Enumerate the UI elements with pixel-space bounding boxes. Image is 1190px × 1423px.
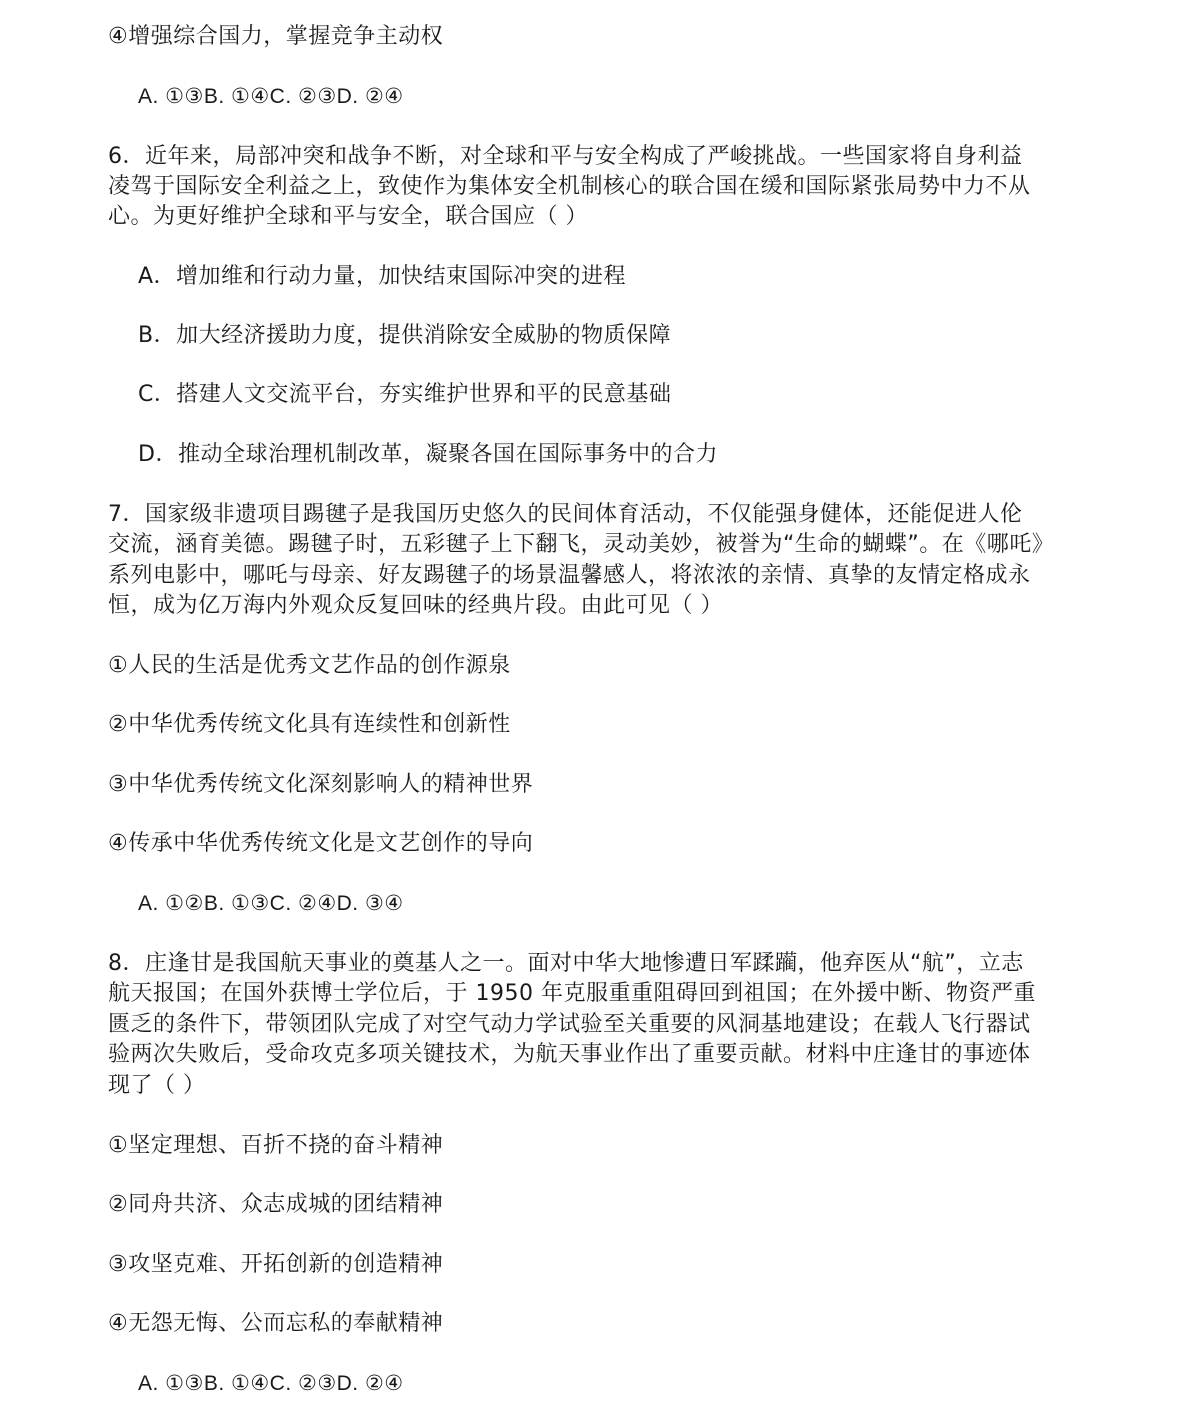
q7-stem-line: 交流，涵育美德。踢毽子时，五彩毽子上下翻飞，灵动美妙，被誉为“生命的蝴蝶”。在《… xyxy=(108,530,1054,560)
q6-stem-line: 心。为更好维护全球和平与安全，联合国应（ ） xyxy=(108,202,588,232)
q6-stem-line: 凌驾于国际安全利益之上，致使作为集体安全机制核心的联合国在缓和国际紧张局势中力不… xyxy=(108,172,1031,202)
q7-stem-line: 恒，成为亿万海内外观众反复回味的经典片段。由此可见（ ） xyxy=(108,591,723,621)
q8-statement-4: ④无怨无悔、公而忘私的奉献精神 xyxy=(108,1309,443,1339)
q7-statement-3: ③中华优秀传统文化深刻影响人的精神世界 xyxy=(108,770,533,800)
q6-stem-line: 6．近年来，局部冲突和战争不断，对全球和平与安全构成了严峻挑战。一些国家将自身利… xyxy=(108,142,1023,172)
q7-statement-4: ④传承中华优秀传统文化是文艺创作的导向 xyxy=(108,829,533,859)
q8-stem-line: 验两次失败后，受命攻克多项关键技术，为航天事业作出了重要贡献。材料中庄逢甘的事迹… xyxy=(108,1040,1031,1070)
q8-answer-choices: A. ①③B. ①④C. ②③D. ②④ xyxy=(138,1369,404,1399)
q7-stem-line: 系列电影中，哪吒与母亲、好友踢毽子的场景温馨感人，将浓浓的亲情、真挚的友情定格成… xyxy=(108,561,1031,591)
q6-option-c: C．搭建人文交流平台，夯实维护世界和平的民意基础 xyxy=(138,380,671,410)
q8-stem-line: 匮乏的条件下，带领团队完成了对空气动力学试验至关重要的风洞基地建设；在载人飞行器… xyxy=(108,1010,1031,1040)
q6-option-a: A．增加维和行动力量，加快结束国际冲突的进程 xyxy=(138,262,626,292)
q8-statement-3: ③攻坚克难、开拓创新的创造精神 xyxy=(108,1250,443,1280)
q7-statement-2: ②中华优秀传统文化具有连续性和创新性 xyxy=(108,710,511,740)
q7-statement-1: ①人民的生活是优秀文艺作品的创作源泉 xyxy=(108,651,511,681)
q7-stem-line: 7．国家级非遗项目踢毽子是我国历史悠久的民间体育活动，不仅能强身健体，还能促进人… xyxy=(108,500,1023,530)
prev-answer-choices: A. ①③B. ①④C. ②③D. ②④ xyxy=(138,82,404,112)
q6-option-d: D．推动全球治理机制改革，凝聚各国在国际事务中的合力 xyxy=(138,440,718,470)
q8-statement-1: ①坚定理想、百折不挠的奋斗精神 xyxy=(108,1131,443,1161)
q8-stem-line: 航天报国；在国外获博士学位后，于 1950 年克服重重阻碍回到祖国；在外援中断、… xyxy=(108,979,1036,1009)
q8-statement-2: ②同舟共济、众志成城的团结精神 xyxy=(108,1190,443,1220)
q8-stem-line: 8．庄逢甘是我国航天事业的奠基人之一。面对中华大地惨遭日军蹂躏，他弃医从“航”，… xyxy=(108,949,1024,979)
q7-answer-choices: A. ①②B. ①③C. ②④D. ③④ xyxy=(138,889,404,919)
q8-stem-line: 现了（ ） xyxy=(108,1071,206,1101)
q6-option-b: B．加大经济援助力度，提供消除安全威胁的物质保障 xyxy=(138,321,671,351)
prev-statement-4: ④增强综合国力，掌握竞争主动权 xyxy=(108,22,443,52)
